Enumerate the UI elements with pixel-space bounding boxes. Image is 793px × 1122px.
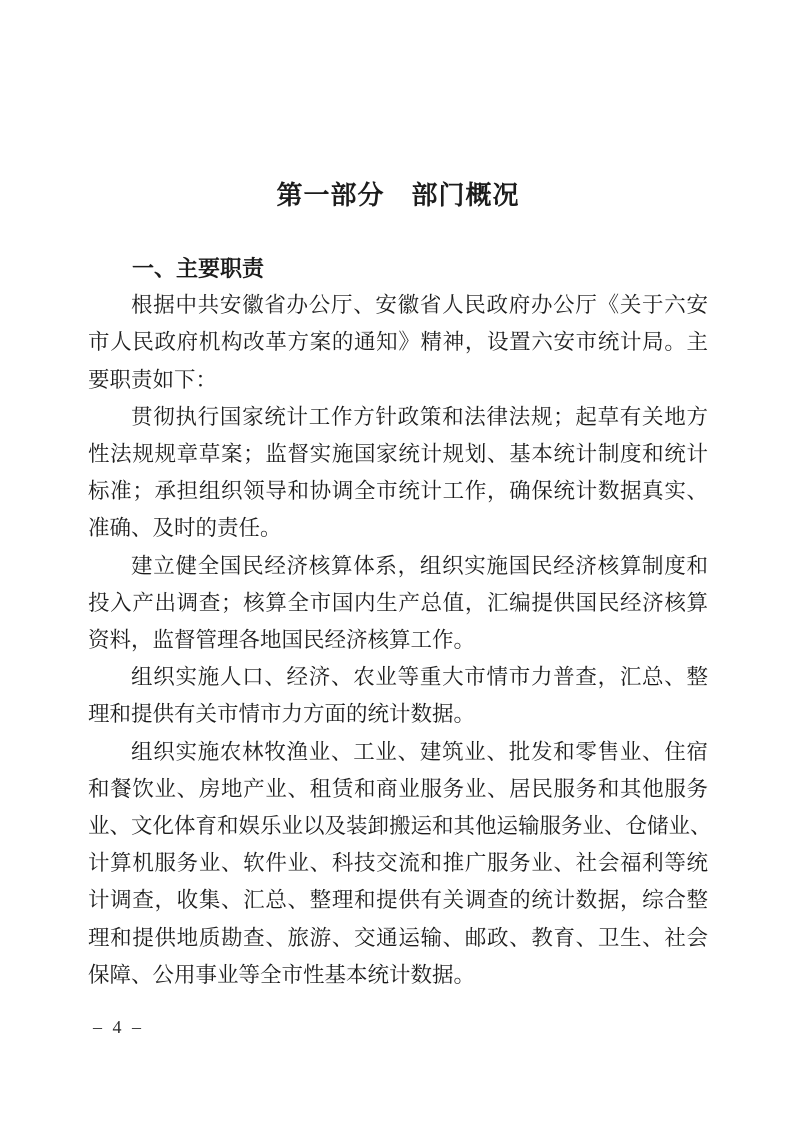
- paragraph: 建立健全国民经济核算体系，组织实施国民经济核算制度和投入产出调查；核算全市国内生…: [88, 548, 708, 660]
- paragraph-line: 保障、公用事业等全市性基本统计数据。: [88, 957, 708, 994]
- paragraph-line: 投入产出调查；核算全市国内生产总值，汇编提供国民经济核算: [88, 585, 708, 622]
- paragraph-line: 计调查，收集、汇总、整理和提供有关调查的统计数据，综合整: [88, 882, 708, 919]
- paragraph-line: 贯彻执行国家统计工作方针政策和法律法规；起草有关地方: [88, 399, 708, 436]
- paragraph-line: 业、文化体育和娱乐业以及装卸搬运和其他运输服务业、仓储业、: [88, 808, 708, 845]
- paragraph: 贯彻执行国家统计工作方针政策和法律法规；起草有关地方性法规规章草案；监督实施国家…: [88, 399, 708, 548]
- paragraphs-container: 根据中共安徽省办公厅、安徽省人民政府办公厅《关于六安市人民政府机构改革方案的通知…: [88, 287, 708, 994]
- paragraph-line: 理和提供地质勘查、旅游、交通运输、邮政、教育、卫生、社会: [88, 920, 708, 957]
- section-heading: 一、主要职责: [88, 250, 708, 287]
- paragraph-line: 要职责如下：: [88, 362, 708, 399]
- document-title: 第一部分 部门概况: [88, 177, 708, 213]
- paragraph-line: 和餐饮业、房地产业、租赁和商业服务业、居民服务和其他服务: [88, 771, 708, 808]
- page-number: – 4 –: [93, 1014, 144, 1040]
- paragraph-line: 建立健全国民经济核算体系，组织实施国民经济核算制度和: [88, 548, 708, 585]
- paragraph-line: 组织实施人口、经济、农业等重大市情市力普查，汇总、整: [88, 659, 708, 696]
- document-content: 第一部分 部门概况 一、主要职责 根据中共安徽省办公厅、安徽省人民政府办公厅《关…: [88, 177, 708, 994]
- paragraph-line: 组织实施农林牧渔业、工业、建筑业、批发和零售业、住宿: [88, 734, 708, 771]
- paragraph-line: 根据中共安徽省办公厅、安徽省人民政府办公厅《关于六安: [88, 287, 708, 324]
- paragraph-line: 性法规规章草案；监督实施国家统计规划、基本统计制度和统计: [88, 436, 708, 473]
- paragraph-line: 理和提供有关市情市力方面的统计数据。: [88, 696, 708, 733]
- paragraph-line: 市人民政府机构改革方案的通知》精神，设置六安市统计局。主: [88, 324, 708, 361]
- paragraph: 组织实施人口、经济、农业等重大市情市力普查，汇总、整理和提供有关市情市力方面的统…: [88, 659, 708, 733]
- paragraph-line: 资料，监督管理各地国民经济核算工作。: [88, 622, 708, 659]
- paragraph-line: 标准；承担组织领导和协调全市统计工作，确保统计数据真实、: [88, 473, 708, 510]
- document-page: 第一部分 部门概况 一、主要职责 根据中共安徽省办公厅、安徽省人民政府办公厅《关…: [0, 0, 793, 1122]
- paragraph-line: 准确、及时的责任。: [88, 510, 708, 547]
- paragraph: 根据中共安徽省办公厅、安徽省人民政府办公厅《关于六安市人民政府机构改革方案的通知…: [88, 287, 708, 399]
- paragraph-line: 计算机服务业、软件业、科技交流和推广服务业、社会福利等统: [88, 845, 708, 882]
- paragraph: 组织实施农林牧渔业、工业、建筑业、批发和零售业、住宿和餐饮业、房地产业、租赁和商…: [88, 734, 708, 994]
